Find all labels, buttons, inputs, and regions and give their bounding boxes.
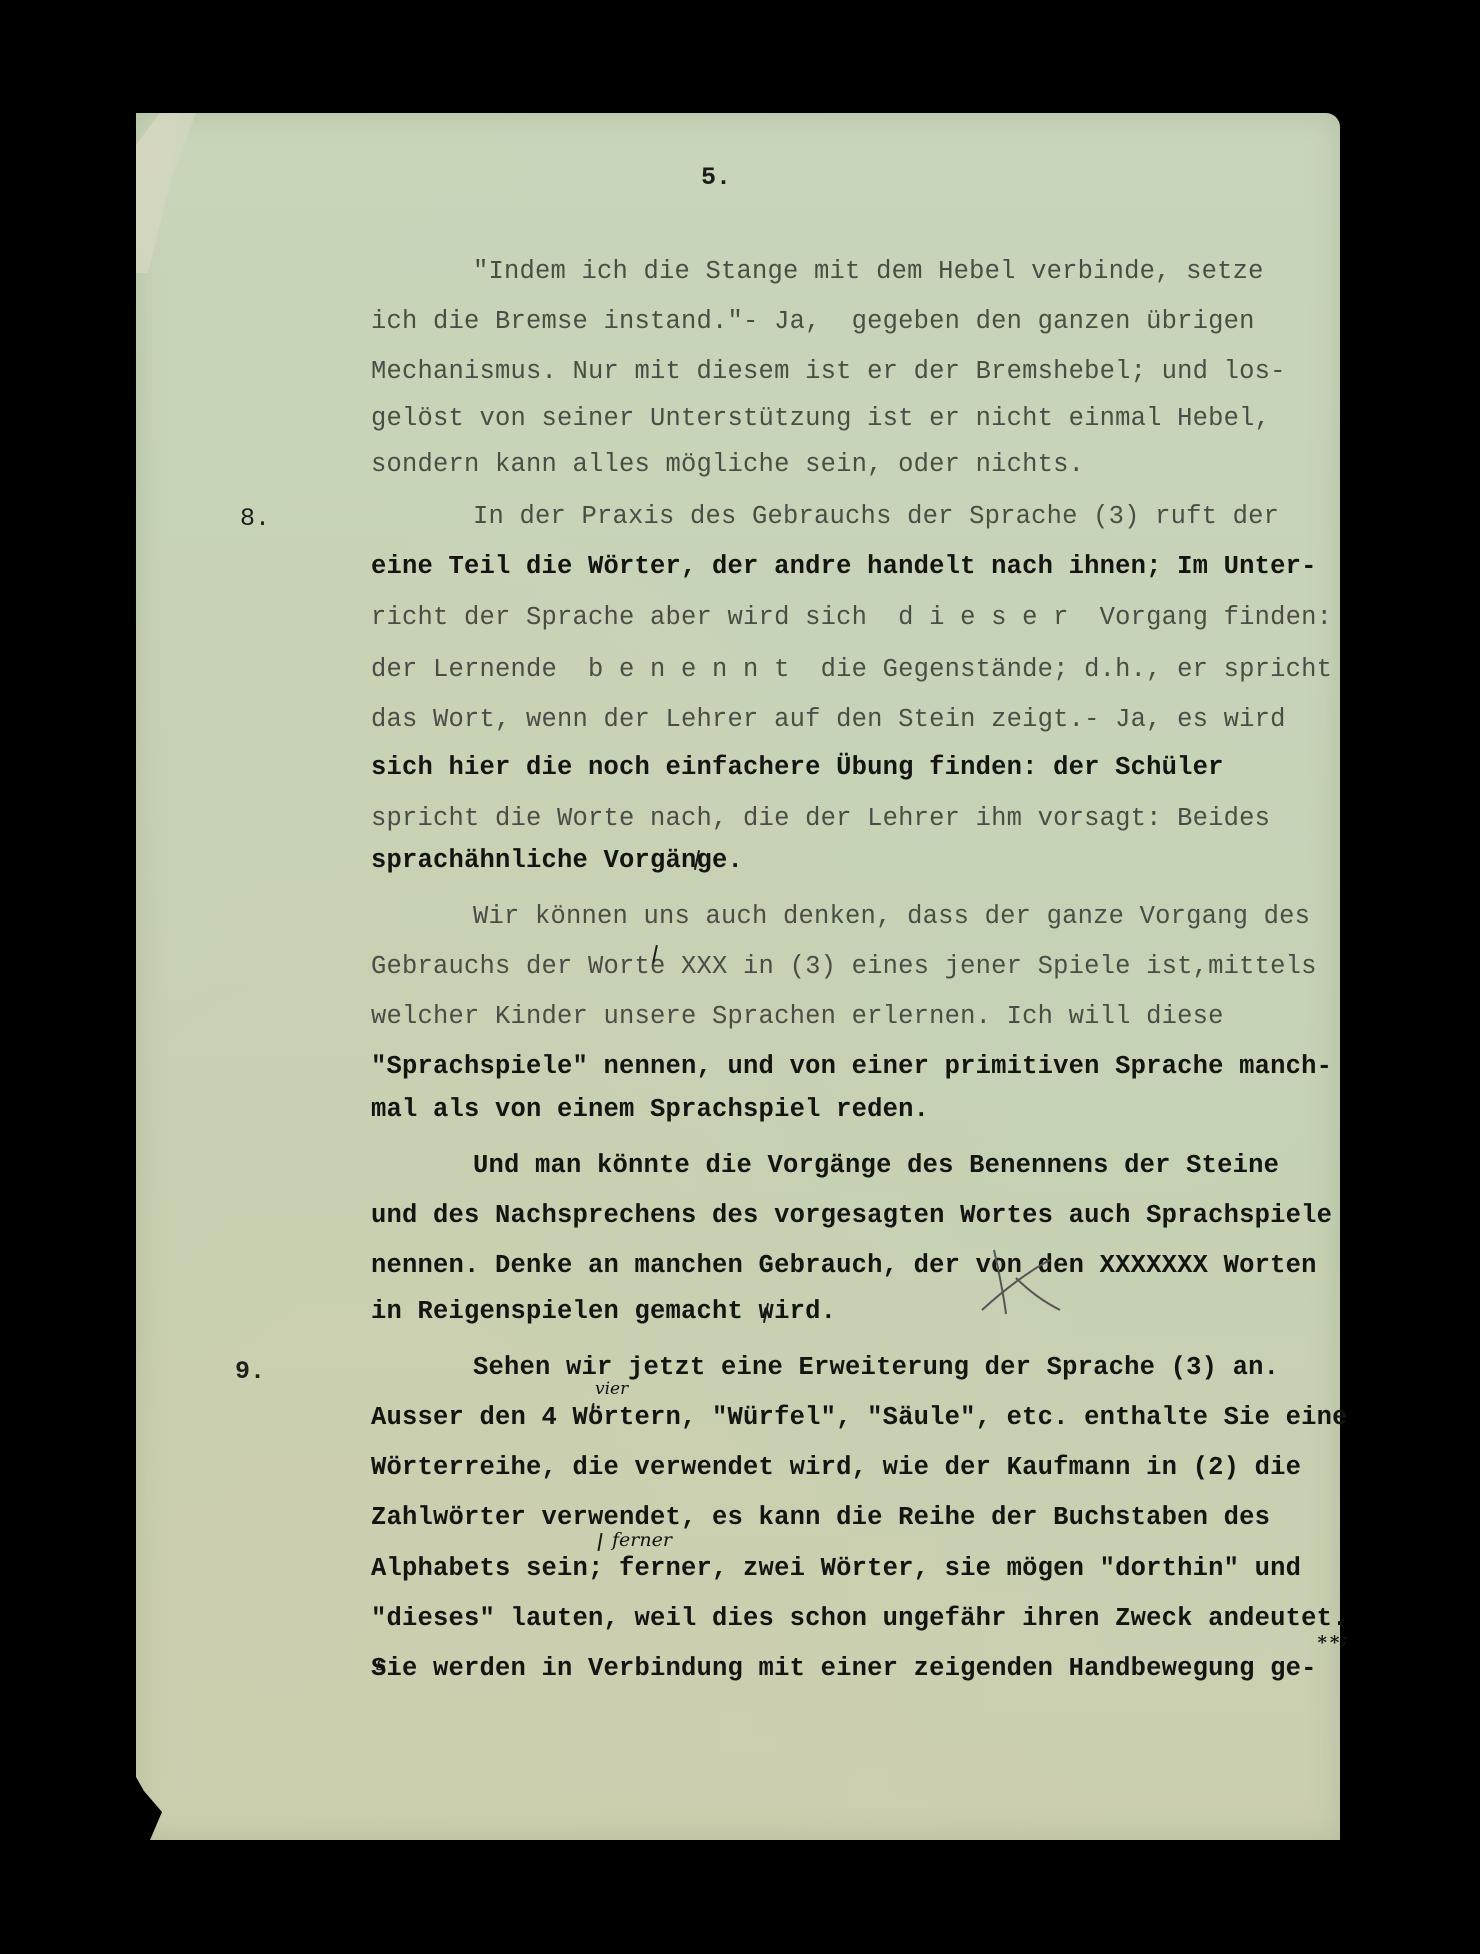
section-number-9: 9. (235, 1357, 265, 1386)
text-line: Und man könnte die Vorgänge des Benennen… (473, 1151, 1279, 1181)
text-line: das Wort, wenn der Lehrer auf den Stein … (371, 705, 1286, 735)
text-line: gelöst von seiner Unterstützung ist er n… (371, 404, 1270, 434)
text-line: ich die Bremse instand."- Ja, gegeben de… (371, 307, 1255, 337)
text-line: Alphabets sein; ferner, zwei Wörter, sie… (371, 1554, 1301, 1584)
text-line: mal als von einem Sprachspiel reden. (371, 1095, 929, 1125)
text-line: und des Nachsprechens des vorgesagten Wo… (371, 1201, 1332, 1231)
text-line: sondern kann alles mögliche sein, oder n… (371, 450, 1084, 480)
text-line: richt der Sprache aber wird sich d i e s… (371, 603, 1332, 633)
text-line: der Lernende b e n e n n t die Gegenstän… (371, 655, 1332, 685)
text-line: Ausser den 4 Wörtern, "Würfel", "Säule",… (371, 1403, 1348, 1433)
text-line: Mechanismus. Nur mit diesem ist er der B… (371, 357, 1286, 387)
handwritten-ferner: ferner (612, 1529, 672, 1551)
torn-edge (132, 1770, 162, 1840)
page-number: 5. (701, 163, 731, 192)
text-line: Zahlwörter verwendet, es kann die Reihe … (371, 1503, 1270, 1533)
handwritten-s-correction: s (376, 1651, 386, 1675)
handwritten-mark-andeutet: ∗∗; (1316, 1629, 1348, 1650)
text-line: Sehen wir jetzt eine Erweiterung der Spr… (473, 1353, 1279, 1383)
document-page: 5. 8. 9. "Indem ich die Stange mit dem H… (136, 113, 1340, 1840)
section-number-8: 8. (240, 504, 270, 533)
text-line: sich hier die noch einfachere Übung find… (371, 753, 1224, 783)
text-line: Gebrauchs der Worte XXX in (3) eines jen… (371, 952, 1317, 982)
text-line: nennen. Denke an manchen Gebrauch, der v… (371, 1251, 1317, 1281)
text-line: sprachähnliche Vorgänge. (371, 846, 743, 876)
folded-corner (136, 113, 196, 273)
text-line: welcher Kinder unsere Sprachen erlernen.… (371, 1002, 1224, 1032)
text-line: Sie werden in Verbindung mit einer zeige… (371, 1654, 1317, 1684)
handwritten-vier: vier (595, 1379, 628, 1399)
text-line: Wir können uns auch denken, dass der gan… (473, 902, 1310, 932)
pencil-cross-mark (976, 1248, 1066, 1318)
text-line: In der Praxis des Gebrauchs der Sprache … (473, 502, 1279, 532)
text-line: Wörterreihe, die verwendet wird, wie der… (371, 1453, 1301, 1483)
text-line: spricht die Worte nach, die der Lehrer i… (371, 804, 1270, 834)
text-line: "Indem ich die Stange mit dem Hebel verb… (473, 257, 1264, 287)
insert-mark (597, 1533, 602, 1551)
text-line: "dieses" lauten, weil dies schon ungefäh… (371, 1604, 1348, 1634)
text-line: eine Teil die Wörter, der andre handelt … (371, 552, 1317, 582)
text-line: "Sprachspiele" nennen, und von einer pri… (371, 1052, 1332, 1082)
